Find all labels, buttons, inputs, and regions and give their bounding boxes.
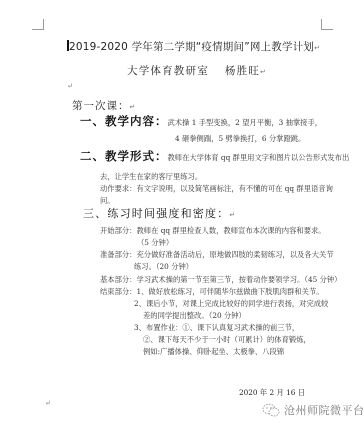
section-line: 差的同学提出整改。（20 分钟） xyxy=(143,311,246,321)
section-line: 开始部分：教师在 qq 群里检查人数，教师宣布本次课的内容和要求。 xyxy=(100,226,326,236)
document-page[interactable]: 2019-2020 学年第二学期“疫情期间”网上教学计划↵ 大学体育教研室杨胜旺… xyxy=(0,0,364,426)
section-line: 练习。（20 分钟） xyxy=(134,262,193,272)
watermark: 沧州师院微平台 xyxy=(262,402,364,418)
lesson-label: 第一次课：↵ xyxy=(72,98,136,113)
section-line: 2、课后小节，对课上完成比较好的同学进行表扬，对完成较 xyxy=(134,299,328,309)
section-line: 动作要求：有文字说明，以及简笔画标注，有不懂的可在 qq 群里语音询 xyxy=(100,184,333,194)
document-title[interactable]: 2019-2020 学年第二学期“疫情期间”网上教学计划↵ xyxy=(67,39,320,54)
section-line: （5 分钟） xyxy=(137,238,173,248)
wechat-icon xyxy=(262,403,280,417)
section-heading: 二、教学形式： xyxy=(80,149,168,163)
section-line: 去，让学生在家的客厅里练习。 xyxy=(100,172,202,182)
section-line: 武术操 1 手型变换，2 望月平衡，3 抽掌接手， xyxy=(168,118,323,127)
section-line: ②、课下每天不少于一小时（可累计）的体育锻炼， xyxy=(143,335,311,345)
watermark-text: 沧州师院微平台 xyxy=(284,402,364,418)
section-practice-intensity: 三、练习时间强度和密度：↵ xyxy=(83,205,236,221)
margin-corner-top-right xyxy=(321,19,333,30)
margin-corner-top-left xyxy=(32,19,44,30)
section-teaching-content: 一、教学内容：武术操 1 手型变换，2 望月平衡，3 抽掌接手， xyxy=(80,113,322,129)
author-name: 杨胜旺 xyxy=(225,65,260,77)
section-heading: 一、教学内容： xyxy=(80,114,168,128)
section-line: 基本部分：学习武术操的第一节至第三节，按着动作要领学习。（45 分钟） xyxy=(100,275,341,285)
section-line: 教师在大学体育 qq 群里用文字和图片以公告形式发布出 xyxy=(168,153,350,162)
document-author: 大学体育教研室杨胜旺↵ xyxy=(127,63,267,78)
author-department: 大学体育教研室 xyxy=(127,65,209,77)
section-heading: 三、练习时间强度和密度： xyxy=(83,207,229,220)
section-line: 准备部分：充分做好准备活动后，原地做四肢的柔韧练习，以及各大关节 xyxy=(100,250,334,260)
section-line: 例如:广播体操、仰卧起坐、太极拳、八段锦 xyxy=(143,347,284,357)
section-teaching-form: 二、教学形式：教师在大学体育 qq 群里用文字和图片以公告形式发布出 xyxy=(80,148,349,164)
paragraph-mark: ↵ xyxy=(67,82,73,90)
document-date: 2020 年 2 月 16 日 xyxy=(239,388,305,398)
section-line: 3、布置作业：①、课下认真复习武术操的前三节， xyxy=(134,323,299,333)
section-line: 结束部分：1、做好放松练习，可伴随华尔兹做曲下肢肌肉群和关节。 xyxy=(100,287,324,297)
paragraph-mark: ↵ xyxy=(45,399,51,407)
section-line: 4 砸拳侧踹，5 劈拳换打，6 分掌蹬跳。 xyxy=(175,134,305,144)
